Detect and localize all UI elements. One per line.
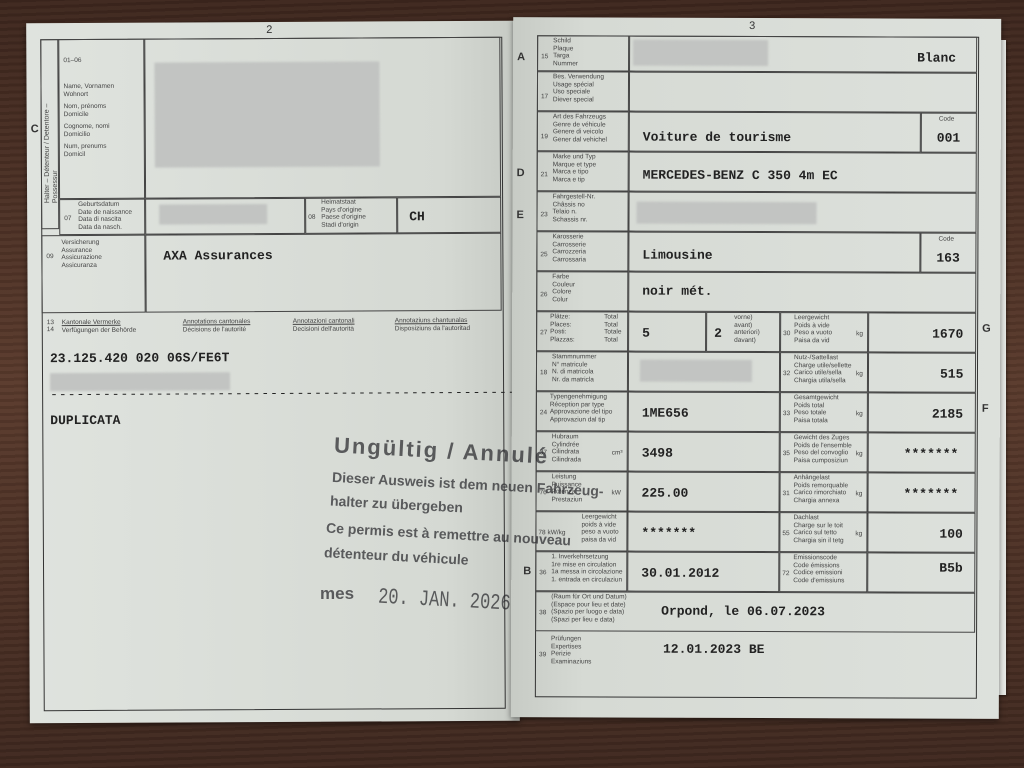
total-weight-value: 2185 bbox=[932, 407, 963, 422]
make-model-value: MERCEDES-BENZ C 350 4m EC bbox=[643, 168, 838, 184]
field-09-label: VersicherungAssuranceAssicurazioneAssicu… bbox=[61, 239, 102, 269]
registration-right-page: 3 A 15 SchildPlaqueTargaNummer Blanc 17 … bbox=[511, 17, 1001, 719]
field-01-06-label: Name, VornamenWohnort Nom, prénomsDomici… bbox=[63, 83, 114, 158]
field-09-code: 09 bbox=[46, 253, 53, 260]
field-08-code: 08 bbox=[308, 214, 315, 221]
field-21-code: 21 bbox=[541, 171, 548, 178]
field-24-code: 24 bbox=[540, 409, 547, 416]
empty-weight-value: 1670 bbox=[932, 327, 963, 342]
field-32-code: 32 bbox=[783, 370, 790, 377]
place-date-value: Orpond, le 06.07.2023 bbox=[661, 604, 825, 620]
field-17-code: 17 bbox=[541, 93, 548, 100]
field-38-label: (Raum für Ort und Datum)(Espace pour lie… bbox=[551, 593, 627, 623]
field-55-code: 55 bbox=[782, 530, 789, 537]
field-23-code: 23 bbox=[541, 211, 548, 218]
field-33-label: GesamtgewichtPoids totalPeso totalePaisa… bbox=[794, 394, 839, 424]
field-21-label: Marke und TypMarque et typeMarca e tipoM… bbox=[553, 153, 596, 183]
train-weight-value: ******* bbox=[904, 447, 959, 462]
vehicle-type-value: Voiture de tourisme bbox=[643, 130, 791, 146]
field-38-code: 38 bbox=[539, 609, 546, 616]
field-17-label: Bes. VerwendungUsage spécialUso speciale… bbox=[553, 73, 604, 103]
field-13-14-codes: 1314 bbox=[47, 319, 54, 333]
vehicle-type-code: 001 bbox=[937, 131, 960, 146]
field-27-code: 27 bbox=[540, 329, 547, 336]
field-35-code: 35 bbox=[783, 450, 790, 457]
seats-front-label: vorne)avant)anteriori)davant) bbox=[734, 314, 760, 344]
cantonal-notes-line1: 23.125.420 020 06S/FE6T bbox=[50, 350, 230, 366]
field-37-label: HubraumCylindréeCilindrataCilindrada bbox=[552, 433, 581, 463]
field-08-label: HeimatstaatPays d'originePaese d'origine… bbox=[321, 199, 366, 229]
emission-code-value: B5b bbox=[939, 561, 962, 576]
body-type-value: Limousine bbox=[642, 248, 712, 263]
unit-kg: kg bbox=[856, 450, 863, 457]
field-25-label: KarosserieCarrosserieCarrozzeriaCarrossa… bbox=[552, 233, 586, 263]
insurance-value: AXA Assurances bbox=[163, 248, 272, 264]
section-letter-b: B bbox=[523, 565, 531, 577]
duplicata-note: DUPLICATA bbox=[50, 413, 120, 428]
field-15-label: SchildPlaqueTargaNummer bbox=[553, 37, 578, 67]
section-letter-f: F bbox=[982, 403, 989, 415]
plate-color-value: Blanc bbox=[917, 51, 956, 66]
displacement-value: 3498 bbox=[642, 446, 673, 461]
plate-number-redacted bbox=[633, 40, 768, 66]
page-number: 3 bbox=[749, 20, 755, 32]
section-letter-g: G bbox=[982, 323, 991, 335]
field-27-total-label: TotalTotalTotaleTotal bbox=[604, 313, 621, 343]
section-letter-e: E bbox=[517, 209, 524, 221]
field-55-label: DachlastCharge sur le toitCarico sul tet… bbox=[793, 514, 843, 544]
field-36-label: 1. Inverkehrsetzung1re mise en circulati… bbox=[551, 553, 622, 583]
cantonal-notes-label-it: Annotazioni cantonaliDecisioni dell'auto… bbox=[293, 318, 355, 333]
body-type-code: 163 bbox=[936, 251, 959, 266]
field-01-06-code: 01–06 bbox=[63, 57, 81, 65]
unit-cm3: cm³ bbox=[612, 449, 623, 456]
field-07-label: GeburtsdatumDate de naissanceData di nas… bbox=[78, 201, 132, 231]
field-30-code: 30 bbox=[783, 330, 790, 337]
field-19-code: 19 bbox=[541, 133, 548, 140]
field-31-code: 31 bbox=[783, 490, 790, 497]
cantonal-notes-label-fr: Annotations cantonalesDécisions de l'aut… bbox=[183, 318, 251, 333]
unit-kg: kg bbox=[856, 490, 863, 497]
cantonal-notes-label-rm: Annotaziuns chantunalasDisposiziuns da l… bbox=[395, 317, 470, 332]
field-24-label: TypengenehmigungRéception par typeApprov… bbox=[550, 393, 613, 423]
power-value: 225.00 bbox=[642, 486, 689, 501]
code-label: Code bbox=[939, 116, 955, 124]
field-72-code: 72 bbox=[782, 570, 789, 577]
field-30-label: LeergewichtPoids à videPeso a vuotoPaisa… bbox=[794, 314, 832, 344]
chassis-number-redacted bbox=[637, 202, 817, 225]
inspection-value: 12.01.2023 BE bbox=[663, 642, 764, 657]
birthdate-redacted bbox=[159, 204, 267, 225]
field-09-value-cell bbox=[145, 233, 501, 313]
field-26-label: FarbeCouleurColoreColur bbox=[552, 273, 575, 303]
field-33-code: 33 bbox=[783, 410, 790, 417]
field-18-code: 18 bbox=[540, 369, 547, 376]
payload-value: 515 bbox=[940, 367, 963, 382]
field-15-code: 15 bbox=[541, 53, 548, 60]
field-39-label: PrüfungenExpertisesPerizieExaminaziuns bbox=[551, 635, 592, 665]
field-07-code: 07 bbox=[64, 215, 71, 222]
field-32-label: Nutz-/SattellastCharge utile/selletteCar… bbox=[794, 354, 852, 384]
seats-total-cell bbox=[628, 312, 706, 352]
field-31-label: AnhängelastPoids remorquableCarico rimor… bbox=[794, 474, 849, 504]
stamp-place: mes bbox=[320, 584, 354, 604]
field-15-label-cell bbox=[537, 35, 629, 71]
field-78-label: Leergewichtpoids à videpeso a vuotopaisa… bbox=[581, 513, 618, 543]
seats-total-value: 5 bbox=[642, 326, 650, 341]
registration-left-page: 2 C Halter – Détenteur / Detentore – Pos… bbox=[26, 21, 520, 724]
field-26-label-cell bbox=[536, 271, 628, 311]
towing-weight-value: ******* bbox=[904, 487, 959, 502]
unit-kg: kg bbox=[856, 370, 863, 377]
field-18-label: StammnummerN° matriculeN. di matricolaNr… bbox=[552, 353, 597, 383]
seats-front-value: 2 bbox=[714, 326, 722, 341]
field-72-label: EmissionscodeCode émissionsCodice emissi… bbox=[793, 554, 844, 584]
origin-country-value: CH bbox=[409, 209, 425, 224]
cantonal-notes-label-de: Kantonale VermerkeVerfügungen der Behörd… bbox=[62, 319, 137, 334]
power-weight-ratio-value: ******* bbox=[641, 526, 696, 541]
color-value: noir mét. bbox=[642, 284, 712, 299]
page-number: 2 bbox=[266, 24, 272, 36]
field-39-code: 39 bbox=[539, 651, 546, 658]
field-23-label: Fahrgestell-Nr.Châssis noTelaio n.Schass… bbox=[553, 193, 596, 223]
unit-kw: kW bbox=[612, 489, 621, 496]
matriculation-number-redacted bbox=[640, 360, 752, 382]
field-26-code: 26 bbox=[540, 291, 547, 298]
field-27-label: Plätze:Places:Posti:Plazzas: bbox=[550, 313, 575, 343]
type-approval-value: 1ME656 bbox=[642, 406, 689, 421]
field-25-code: 25 bbox=[540, 251, 547, 258]
section-letter-d: D bbox=[517, 167, 525, 179]
first-registration-value: 30.01.2012 bbox=[641, 566, 719, 581]
holder-name-redacted bbox=[154, 61, 380, 167]
roof-load-value: 100 bbox=[939, 527, 962, 542]
field-36-code: 36 bbox=[539, 569, 546, 576]
section-letter-c: C bbox=[31, 123, 39, 135]
section-letter-a: A bbox=[517, 51, 525, 63]
field-19-label: Art des FahrzeugsGenre de véhiculeGenere… bbox=[553, 113, 607, 143]
field-35-label: Gewicht des ZugesPoids de l'ensemblePeso… bbox=[794, 434, 852, 464]
code-label: Code bbox=[938, 236, 954, 244]
field-17-value-cell bbox=[629, 72, 977, 113]
unit-kg: kg bbox=[856, 410, 863, 417]
unit-kg: kg bbox=[856, 330, 863, 337]
unit-kg: kg bbox=[855, 530, 862, 537]
